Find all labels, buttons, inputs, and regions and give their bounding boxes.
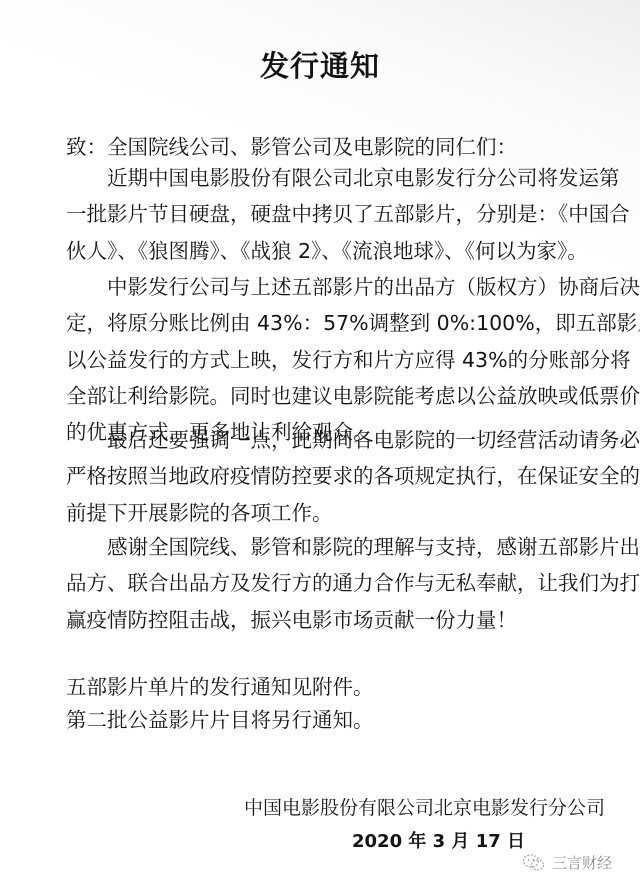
note-attachment: 五部影片单片的发行通知见附件。 — [66, 670, 374, 700]
paragraph-safety: 最后还要强调一点，此期间各电影院的一切经营活动请务必 严格按照当地政府疫情防控要… — [66, 422, 610, 531]
paragraph-thanks: 感谢全国院线、影管和影院的理解与支持，感谢五部影片出 品方、联合出品方及发行方的… — [66, 529, 610, 638]
document-page: 发行通知 致：全国院线公司、影管公司及电影院的同仁们： 近期中国电影股份有限公司… — [0, 0, 640, 895]
paragraph-line: 伙人》、《狼图腾》、《战狼 2》、《流浪地球》、《何以为家》。 — [66, 233, 610, 269]
watermark: 三言财经 — [522, 852, 612, 873]
wechat-icon — [522, 853, 546, 873]
paragraph-line: 近期中国电影股份有限公司北京电影发行分公司将发运第 — [66, 160, 610, 196]
watermark-label: 三言财经 — [552, 852, 612, 873]
paragraph-line: 一批影片节目硬盘，硬盘中拷贝了五部影片，分别是：《中国合 — [66, 196, 610, 232]
paragraph-line: 前提下开展影院的各项工作。 — [66, 495, 610, 531]
paragraph-line: 严格按照当地政府疫情防控要求的各项规定执行，在保证安全的 — [66, 458, 610, 494]
paragraph-line: 定，将原分账比例由 43%：57%调整到 0%:100%，即五部影片 — [66, 305, 610, 341]
paragraph-line: 最后还要强调一点，此期间各电影院的一切经营活动请务必 — [66, 422, 610, 458]
paragraph-line: 感谢全国院线、影管和影院的理解与支持，感谢五部影片出 — [66, 529, 610, 565]
salutation: 致：全国院线公司、影管公司及电影院的同仁们： — [66, 130, 517, 160]
paragraph-line: 品方、联合出品方及发行方的通力合作与无私奉献，让我们为打 — [66, 565, 610, 601]
paragraph-shipment: 近期中国电影股份有限公司北京电影发行分公司将发运第 一批影片节目硬盘，硬盘中拷贝… — [66, 160, 610, 269]
paragraph-line: 中影发行公司与上述五部影片的出品方（版权方）协商后决 — [66, 269, 610, 305]
paragraph-line: 赢疫情防控阻击战，振兴电影市场贡献一份力量！ — [66, 602, 610, 638]
note-second-batch: 第二批公益影片片目将另行通知。 — [66, 703, 374, 733]
signature-date: 2020 年 3 月 17 日 — [352, 827, 640, 853]
paragraph-line: 全部让利给影院。同时也建议电影院能考虑以公益放映或低票价 — [66, 378, 610, 414]
paragraph-line: 以公益发行的方式上映，发行方和片方应得 43%的分账部分将 — [66, 342, 610, 378]
document-title: 发行通知 — [0, 44, 640, 85]
signature-organization: 中国电影股份有限公司北京电影发行分公司 — [244, 793, 640, 820]
